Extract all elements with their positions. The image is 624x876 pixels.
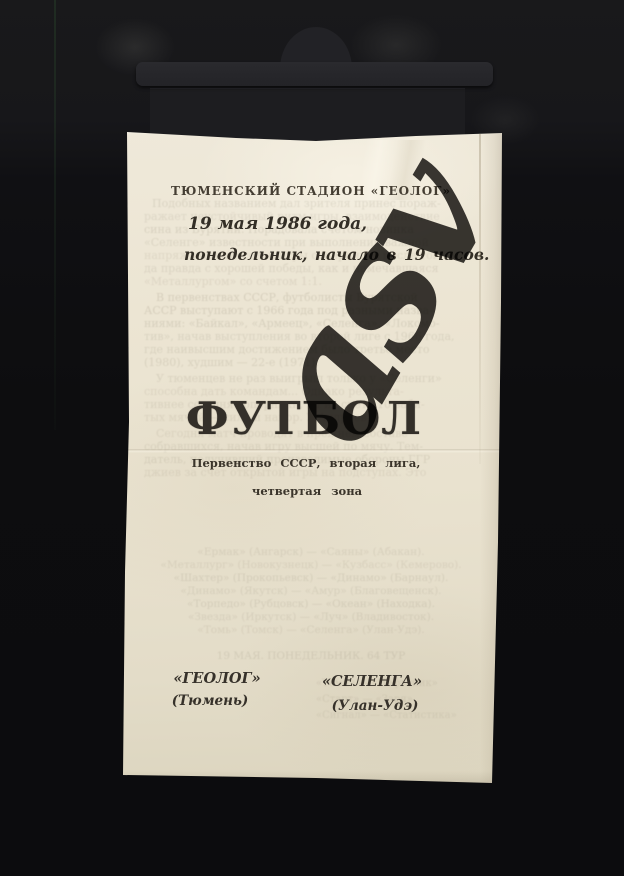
showthrough-line: «Томь» (Томск) — «Селенга» (Улан-Удэ). — [116, 624, 506, 636]
program-cover: Подобных названием дал зрителя принес по… — [116, 122, 506, 787]
scan-artifact-line — [54, 0, 56, 430]
home-team-city: (Тюмень) — [140, 693, 280, 709]
fold-crease — [116, 449, 506, 453]
home-team-name: «ГЕОЛОГ» — [147, 670, 287, 687]
showthrough-line: «Звезда» (Иркутск) — «Луч» (Владивосток)… — [116, 611, 506, 623]
clipboard-clip-bar — [136, 62, 493, 86]
photo-backdrop: Подобных названием дал зрителя принес по… — [0, 0, 624, 876]
showthrough-line: «Ермак» (Ангарск) — «Саяны» (Абакан). — [116, 546, 506, 558]
competition-line-1: Первенство СССР, вторая лига, — [111, 456, 501, 470]
showthrough-line: 19 МАЯ. ПОНЕДЕЛЬНИК. 64 ТУР — [116, 650, 506, 662]
showthrough-line: «Торпедо» (Рубцовск) — «Океан» (Находка)… — [116, 598, 506, 610]
away-team-city: (Улан-Удэ) — [305, 698, 445, 714]
showthrough-line: «Металлург» (Новокузнецк) — «Кузбасс» (К… — [116, 559, 506, 571]
paper-bottom-edge-shadow — [116, 771, 506, 787]
away-team-name: «СЕЛЕНГА» — [302, 673, 442, 690]
showthrough-line: «Динамо» (Якутск) — «Амур» (Благовещенск… — [116, 585, 506, 597]
competition-line-2: четвертая зона — [112, 484, 502, 498]
showthrough-line: «Шахтер» (Прокопьевск) — «Динамо» (Барна… — [116, 572, 506, 584]
